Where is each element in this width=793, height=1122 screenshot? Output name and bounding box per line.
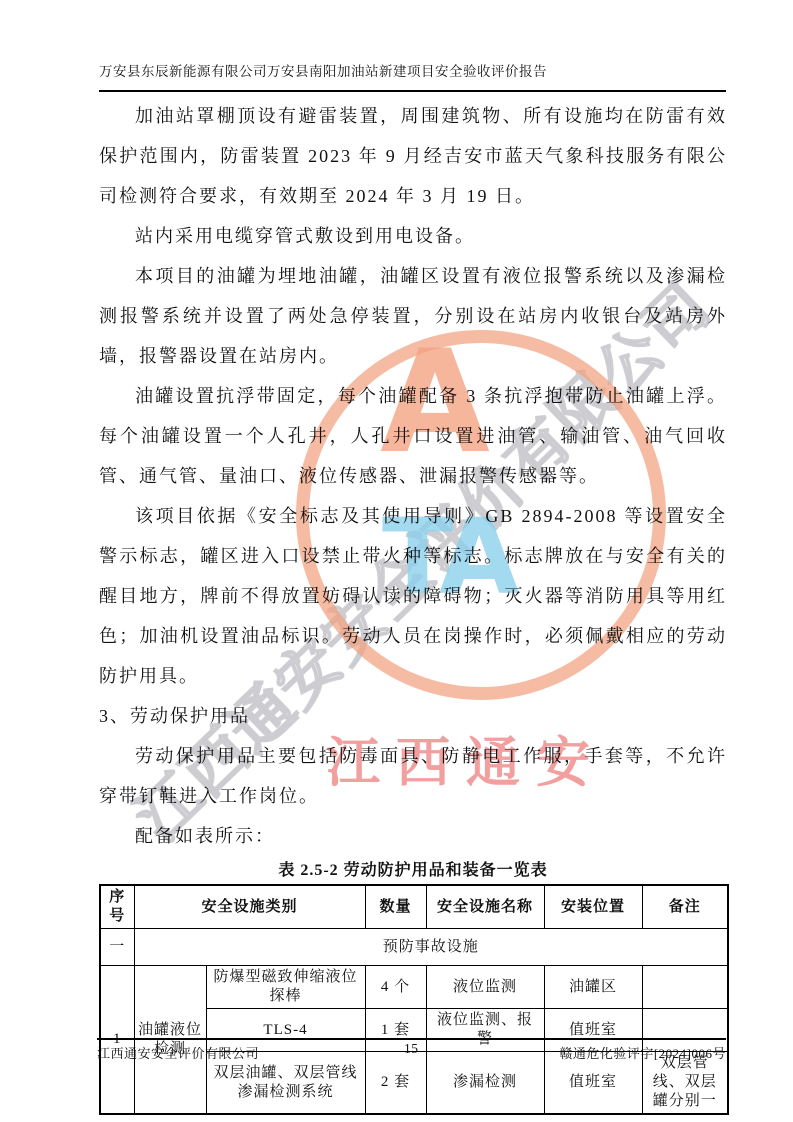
header-cell-note: 备注: [642, 885, 728, 929]
footer-doc-number: 赣通危化验评字[2024]006号: [559, 1043, 726, 1062]
document-content: 万安县东辰新能源有限公司万安县南阳加油站新建项目安全验收评价报告 加油站罩棚顶设…: [0, 0, 793, 1122]
header-cell-location: 安装位置: [544, 885, 642, 929]
location-cell: 油罐区: [544, 966, 642, 1009]
name-cell: 液位监测: [426, 966, 544, 1009]
body-paragraph: 本项目的油罐为埋地油罐，油罐区设置有液位报警系统以及渗漏检测报警系统并设置了两处…: [99, 256, 727, 376]
section-index-cell: 一: [100, 929, 134, 966]
section-heading: 3、劳动保护用品: [99, 696, 727, 736]
body-paragraph: 配备如表所示：: [99, 816, 727, 856]
header-cell-category: 安全设施类别: [134, 885, 365, 929]
quantity-cell: 4 个: [365, 966, 426, 1009]
section-label-cell: 预防事故设施: [134, 929, 728, 966]
header-cell-name: 安全设施名称: [426, 885, 544, 929]
table-section-row: 一 预防事故设施: [100, 929, 728, 966]
item-cell: 防爆型磁致伸缩液位探棒: [206, 966, 365, 1009]
body-paragraph: 该项目依据《安全标志及其使用导则》GB 2894-2008 等设置安全警示标志，…: [99, 496, 727, 696]
table-header-row: 序号 安全设施类别 数量 安全设施名称 安装位置 备注: [100, 885, 728, 929]
note-cell: [642, 966, 728, 1009]
body-paragraph: 油罐设置抗浮带固定，每个油罐配备 3 条抗浮抱带防止油罐上浮。每个油罐设置一个人…: [99, 376, 727, 496]
body-paragraph: 加油站罩棚顶设有避雷装置，周围建筑物、所有设施均在防雷有效保护范围内，防雷装置 …: [99, 96, 727, 216]
body-paragraph: 劳动保护用品主要包括防毒面具、防静电工作服，手套等，不允许穿带钉鞋进入工作岗位。: [99, 736, 727, 816]
document-page: 江西通安安全评价有限公司 A TA 江西通安 万安县东辰新能源有限公司万安县南阳…: [0, 0, 793, 1122]
page-footer: 江西通安安全评价有限公司 15 赣通危化验评字[2024]006号: [97, 1038, 726, 1062]
body-paragraph: 站内采用电缆穿管式敷设到用电设备。: [99, 216, 727, 256]
table-caption: 表 2.5-2 劳动防护用品和装备一览表: [99, 858, 727, 883]
report-header-title: 万安县东辰新能源有限公司万安县南阳加油站新建项目安全验收评价报告: [99, 63, 726, 92]
table-row: 1 油罐液位检测 防爆型磁致伸缩液位探棒 4 个 液位监测 油罐区: [100, 966, 728, 1009]
protective-equipment-table: 序号 安全设施类别 数量 安全设施名称 安装位置 备注 一 预防事故设施 1 油…: [99, 884, 729, 1115]
header-cell-quantity: 数量: [365, 885, 426, 929]
document-body: 加油站罩棚顶设有避雷装置，周围建筑物、所有设施均在防雷有效保护范围内，防雷装置 …: [99, 96, 727, 1115]
footer-company: 江西通安安全评价有限公司: [97, 1043, 259, 1062]
page-number: 15: [404, 1041, 419, 1057]
header-cell-index: 序号: [100, 885, 134, 929]
